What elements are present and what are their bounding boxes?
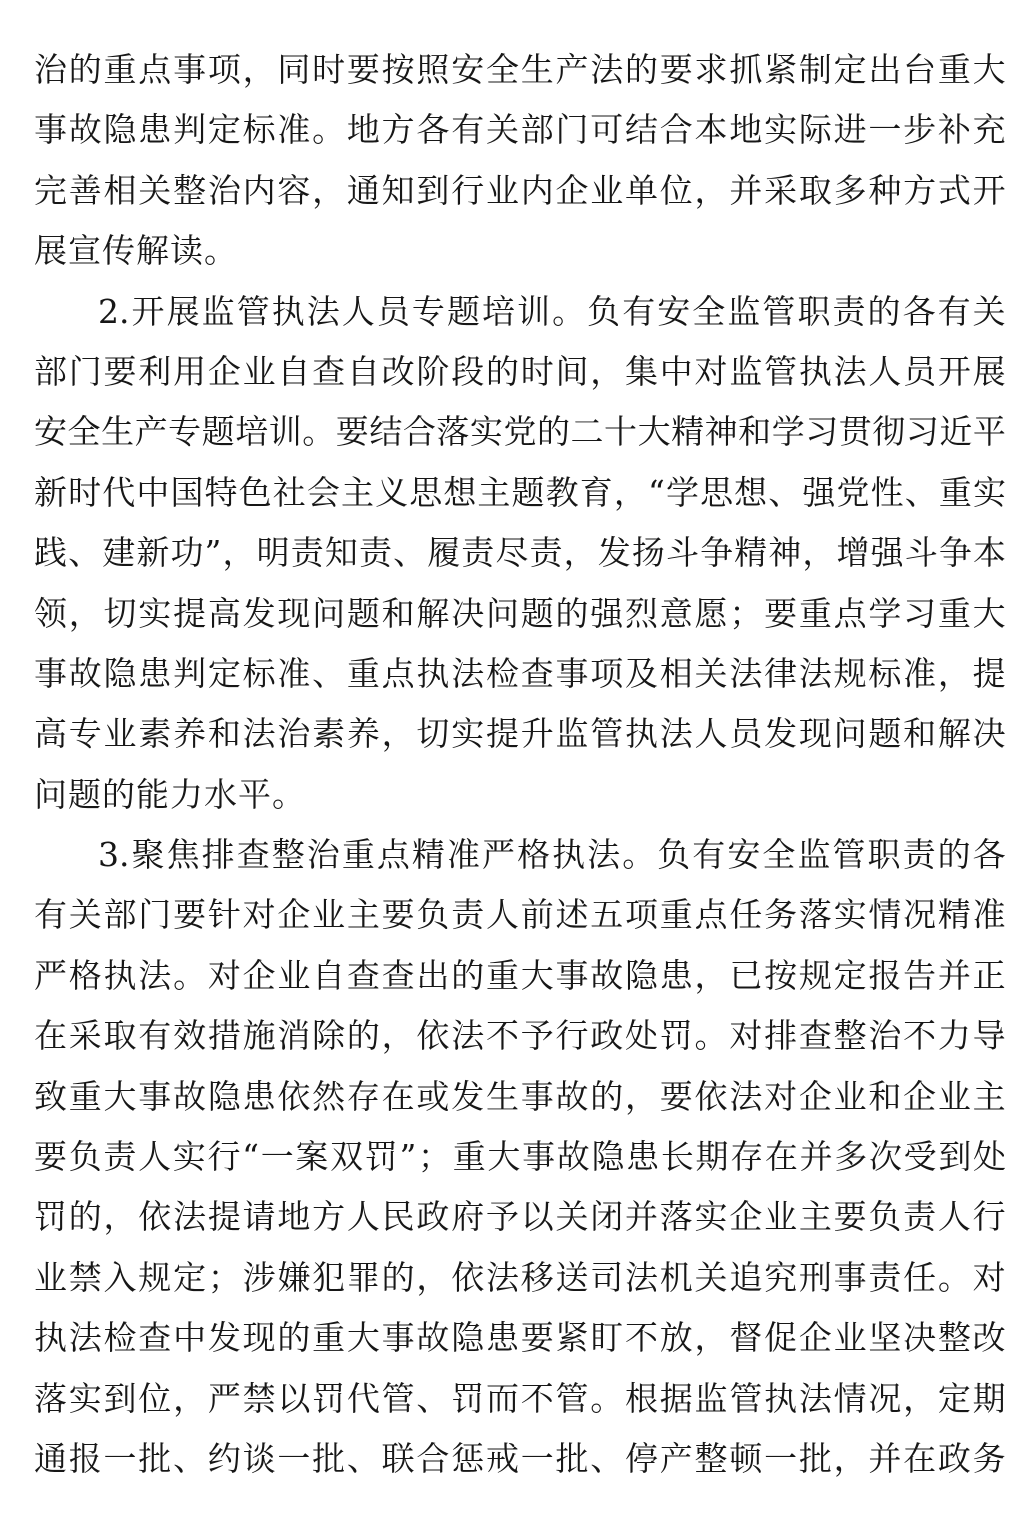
text-line: 罚的，依法提请地方人民政府予以关闭并落实企业主要负责人行	[34, 1187, 1006, 1247]
text-line: 安全生产专题培训。要结合落实党的二十大精神和学习贯彻习近平	[34, 402, 1006, 462]
text-line: 2.开展监管执法人员专题培训。负有安全监管职责的各有关	[34, 282, 1006, 342]
text-line: 3.聚焦排查整治重点精准严格执法。负有安全监管职责的各	[34, 825, 1006, 885]
text-line: 践、建新功”，明责知责、履责尽责，发扬斗争精神，增强斗争本	[34, 523, 1006, 583]
text-line: 高专业素养和法治素养，切实提升监管执法人员发现问题和解决	[34, 704, 1006, 764]
text-line: 事故隐患判定标准、重点执法检查事项及相关法律法规标准，提	[34, 644, 1006, 704]
text-line: 要负责人实行“一案双罚”；重大事故隐患长期存在并多次受到处	[34, 1127, 1006, 1187]
text-line: 有关部门要针对企业主要负责人前述五项重点任务落实情况精准	[34, 885, 1006, 945]
text-line: 新时代中国特色社会主义思想主题教育，“学思想、强党性、重实	[34, 463, 1006, 523]
text-line: 事故隐患判定标准。地方各有关部门可结合本地实际进一步补充	[34, 100, 1006, 160]
text-line: 严格执法。对企业自查查出的重大事故隐患，已按规定报告并正	[34, 946, 1006, 1006]
document-page: 治的重点事项，同时要按照安全生产法的要求抓紧制定出台重大事故隐患判定标准。地方各…	[0, 0, 1034, 1524]
text-line: 在采取有效措施消除的，依法不予行政处罚。对排查整治不力导	[34, 1006, 1006, 1066]
text-line: 执法检查中发现的重大事故隐患要紧盯不放，督促企业坚决整改	[34, 1308, 1006, 1368]
text-line: 通报一批、约谈一批、联合惩戒一批、停产整顿一批，并在政务	[34, 1429, 1006, 1489]
text-line: 部门要利用企业自查自改阶段的时间，集中对监管执法人员开展	[34, 342, 1006, 402]
text-line: 领，切实提高发现问题和解决问题的强烈意愿；要重点学习重大	[34, 584, 1006, 644]
text-line: 落实到位，严禁以罚代管、罚而不管。根据监管执法情况，定期	[34, 1369, 1006, 1429]
body-text: 治的重点事项，同时要按照安全生产法的要求抓紧制定出台重大事故隐患判定标准。地方各…	[34, 40, 1006, 1489]
text-line: 展宣传解读。	[34, 221, 1006, 281]
text-line: 致重大事故隐患依然存在或发生事故的，要依法对企业和企业主	[34, 1067, 1006, 1127]
text-line: 完善相关整治内容，通知到行业内企业单位，并采取多种方式开	[34, 161, 1006, 221]
text-line: 治的重点事项，同时要按照安全生产法的要求抓紧制定出台重大	[34, 40, 1006, 100]
text-line: 业禁入规定；涉嫌犯罪的，依法移送司法机关追究刑事责任。对	[34, 1248, 1006, 1308]
text-line: 问题的能力水平。	[34, 765, 1006, 825]
